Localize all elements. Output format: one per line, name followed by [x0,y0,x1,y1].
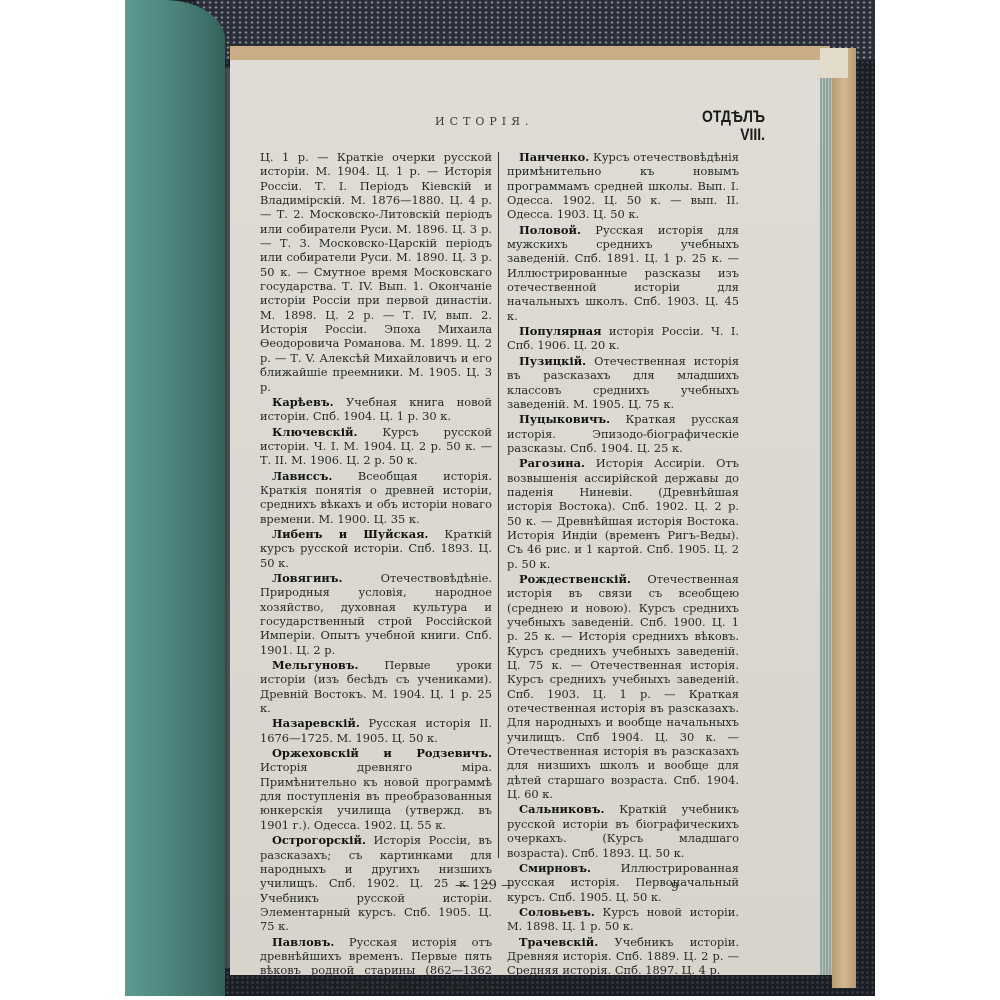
entry-author: Карѣевъ. [272,395,334,409]
entry-author: Лависсъ. [272,469,332,483]
bibliography-entry: Панченко. Курсъ отечествовѣдѣнія примѣни… [507,150,739,222]
page-number: — 129 — [455,878,514,893]
bibliography-entry: Соловьевъ. Курсъ новой исторіи. М. 1898.… [507,905,739,934]
bibliography-entry: Половой. Русская исторія для мужскихъ ср… [507,223,739,323]
bibliography-entry: Популярная исторія Россіи. Ч. I. Спб. 19… [507,324,739,353]
entry-author: Оржеховскій и Родзевичъ. [272,746,492,760]
bibliography-entry: Назаревскій. Русская исторія II. 1676—17… [260,716,492,745]
entry-author: Рождественскій. [519,572,631,586]
text-columns: Ц. 1 р. — Краткіе очерки русской исторіи… [260,150,740,860]
right-column: Панченко. Курсъ отечествовѣдѣнія примѣни… [499,150,739,860]
bibliography-entry: Рагозина. Исторія Ассиріи. Отъ возвышені… [507,456,739,571]
bibliography-entry: Павловъ. Русская исторія отъ древнѣйшихъ… [260,935,492,996]
bibliography-entry: Ловягинъ. Отечествовѣдѣніе. Природныя ус… [260,571,492,657]
entry-author: Ловягинъ. [272,571,342,585]
bibliography-entry: Ц. 1 р. — Краткіе очерки русской исторіи… [260,150,492,394]
running-head: ИСТОРІЯ. [435,115,534,128]
entry-author: Половой. [519,223,581,237]
entry-author: Ключевскій. [272,425,357,439]
entry-author: Смирновъ. [519,861,591,875]
bibliography-entry: Рождественскій. Отечественная исторія въ… [507,572,739,802]
cover-corner [820,48,848,78]
bibliography-entry: Пузицкій. Отечественная исторія въ разск… [507,354,739,411]
entry-author: Трачевскій. [519,935,598,949]
section-label-line2: VIII. [699,126,765,144]
left-column: Ц. 1 р. — Краткіе очерки русской исторіи… [260,150,498,860]
left-page-teal [125,0,225,996]
entry-author: Пуцыковичъ. [519,412,610,426]
bibliography-entry: Мельгуновъ. Первые уроки исторіи (изъ бе… [260,658,492,715]
bibliography-entry: Либенъ и Шуйская. Краткій курсъ русской … [260,527,492,570]
signature-mark: 9 [671,880,679,894]
bibliography-entry: Трачевскій. Учебникъ исторіи. Древняя ис… [507,935,739,978]
section-label: ОТДѢЛЪ VIII. [699,108,765,144]
cover-right-edge [832,48,856,988]
bibliography-entry: Карѣевъ. Учебная книга новой исторіи. Сп… [260,395,492,424]
bibliography-entry: Оржеховскій и Родзевичъ. Исторія древняг… [260,746,492,832]
entry-author: Пузицкій. [519,354,586,368]
entry-author: Острогорскій. [272,833,366,847]
entry-author: Мельгуновъ. [272,658,358,672]
entry-author: Панченко. [519,150,589,164]
entry-author: Популярная [519,324,602,338]
entry-author: Назаревскій. [272,716,360,730]
bibliography-entry: Лависсъ. Всеобщая исторія. Краткія понят… [260,469,492,526]
bibliography-entry: Смирновъ. Иллюстрированная русская истор… [507,861,739,904]
bibliography-entry: Пуцыковичъ. Краткая русская исторія. Эпи… [507,412,739,455]
left-page-bleed-text [129,200,221,900]
bibliography-entry: Сальниковъ. Краткій учебникъ русской ист… [507,802,739,859]
section-label-line1: ОТДѢЛЪ [699,108,765,126]
page-block-edges [820,60,832,975]
book-photo: ИСТОРІЯ. ОТДѢЛЪ VIII. Ц. 1 р. — Краткіе … [125,0,875,996]
entry-author: Либенъ и Шуйская. [272,527,429,541]
entry-author: Павловъ. [272,935,334,949]
entry-author: Рагозина. [519,456,585,470]
entry-author: Соловьевъ. [519,905,595,919]
bibliography-entry: Ключевскій. Курсъ русской исторіи. Ч. I.… [260,425,492,468]
cover-top-edge [230,46,830,60]
entry-author: Сальниковъ. [519,802,604,816]
